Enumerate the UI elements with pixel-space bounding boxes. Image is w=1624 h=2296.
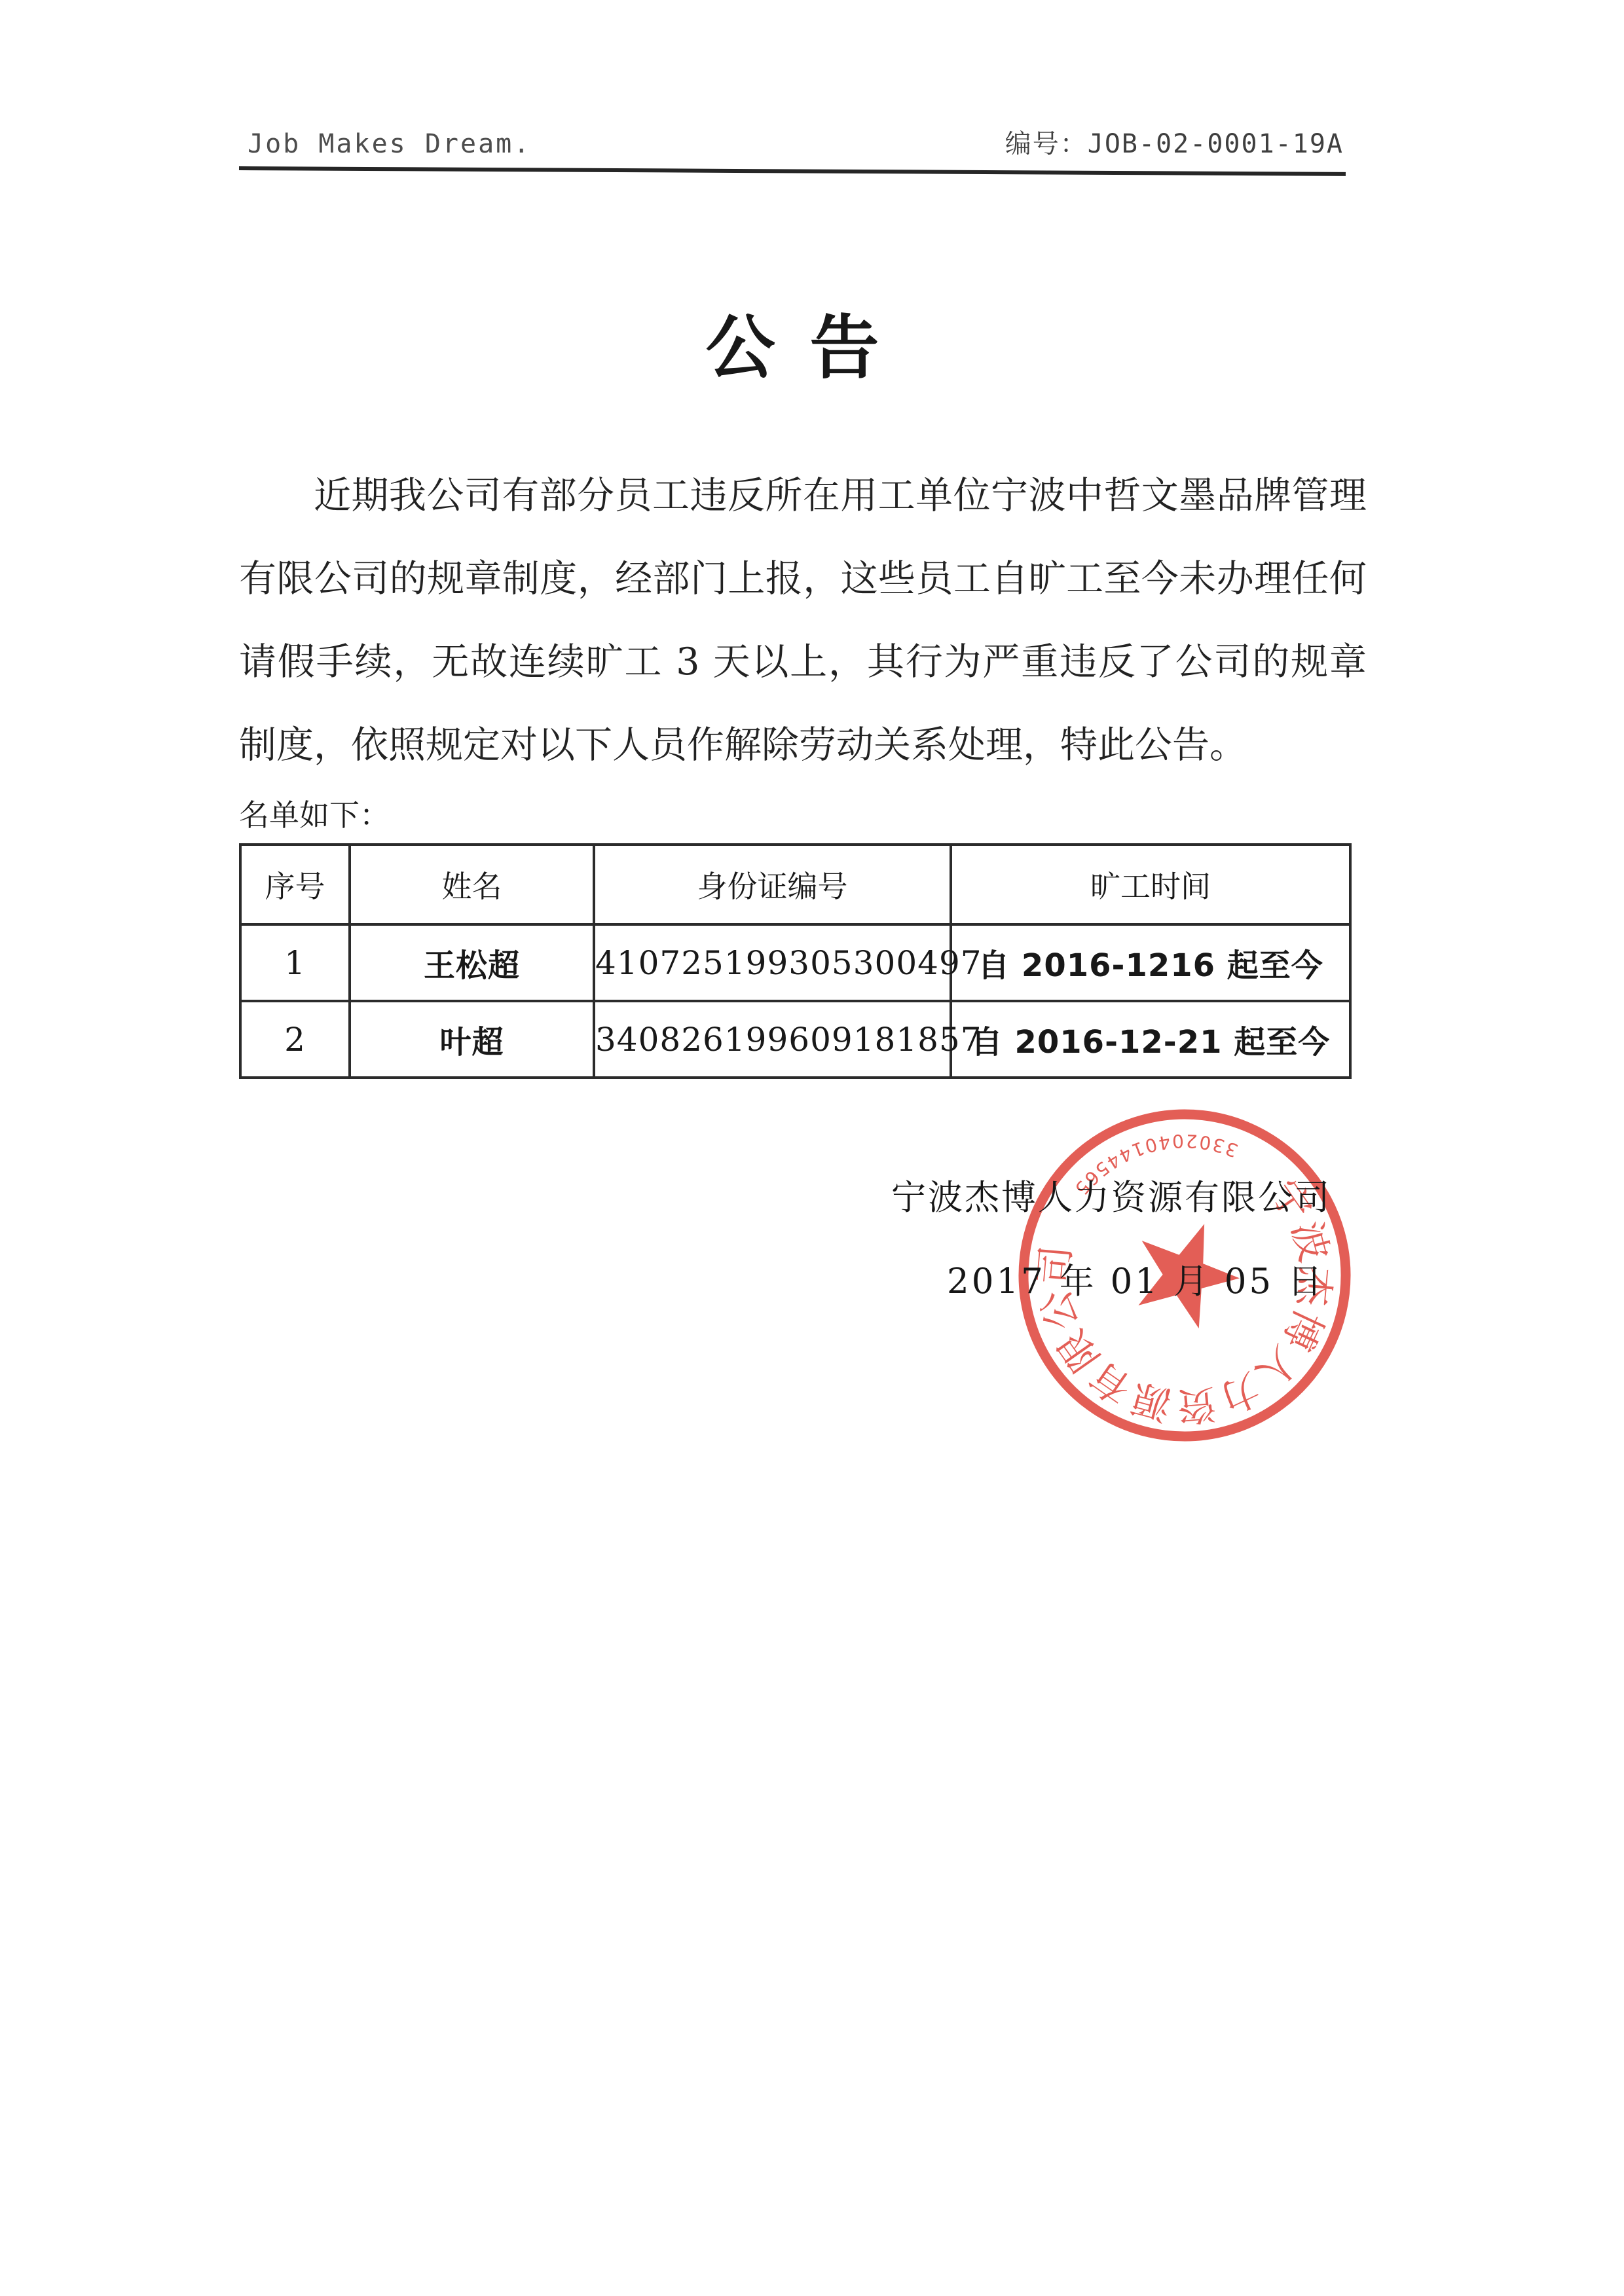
- signature-company: 宁波杰博人力资源有限公司: [891, 1177, 1331, 1219]
- signature-date: 2017 年 01 月 05 日: [947, 1261, 1325, 1303]
- col-header-id-number: 身份证编号: [594, 845, 951, 924]
- header-divider: [239, 166, 1346, 176]
- table-row: 2 叶超 340826199609181857 自 2016-12-21 起至今: [240, 1001, 1350, 1078]
- col-header-absence-period: 旷工时间: [951, 845, 1350, 924]
- cell-absence-period: 自 2016-12-21 起至今: [951, 1001, 1350, 1078]
- cell-id-number: 410725199305300497: [594, 924, 951, 1001]
- col-header-name: 姓名: [350, 845, 594, 924]
- roster-table: 序号 姓名 身份证编号 旷工时间 1 王松超 41072519930530049…: [239, 843, 1352, 1079]
- header-doc-number: 编号：JOB-02-0001-19A: [1005, 128, 1344, 160]
- cell-absence-period: 自 2016-1216 起至今: [951, 924, 1350, 1001]
- cell-id-number: 340826199609181857: [594, 1001, 951, 1078]
- announcement-page: Job Makes Dream. 编号：JOB-02-0001-19A 公 告 …: [0, 0, 1624, 2296]
- body-paragraph: 近期我公司有部分员工违反所在用工单位宁波中哲文墨品牌管理有限公司的规章制度，经部…: [239, 454, 1367, 787]
- cell-name: 叶超: [350, 1001, 594, 1078]
- cell-name: 王松超: [350, 924, 594, 1001]
- table-row: 1 王松超 410725199305300497 自 2016-1216 起至今: [240, 924, 1350, 1001]
- list-intro: 名单如下：: [239, 795, 390, 835]
- table-header-row: 序号 姓名 身份证编号 旷工时间: [240, 845, 1350, 924]
- header-slogan: Job Makes Dream.: [248, 128, 531, 160]
- cell-index: 2: [240, 1001, 350, 1078]
- col-header-index: 序号: [240, 845, 350, 924]
- cell-index: 1: [240, 924, 350, 1001]
- page-title: 公 告: [239, 306, 1346, 389]
